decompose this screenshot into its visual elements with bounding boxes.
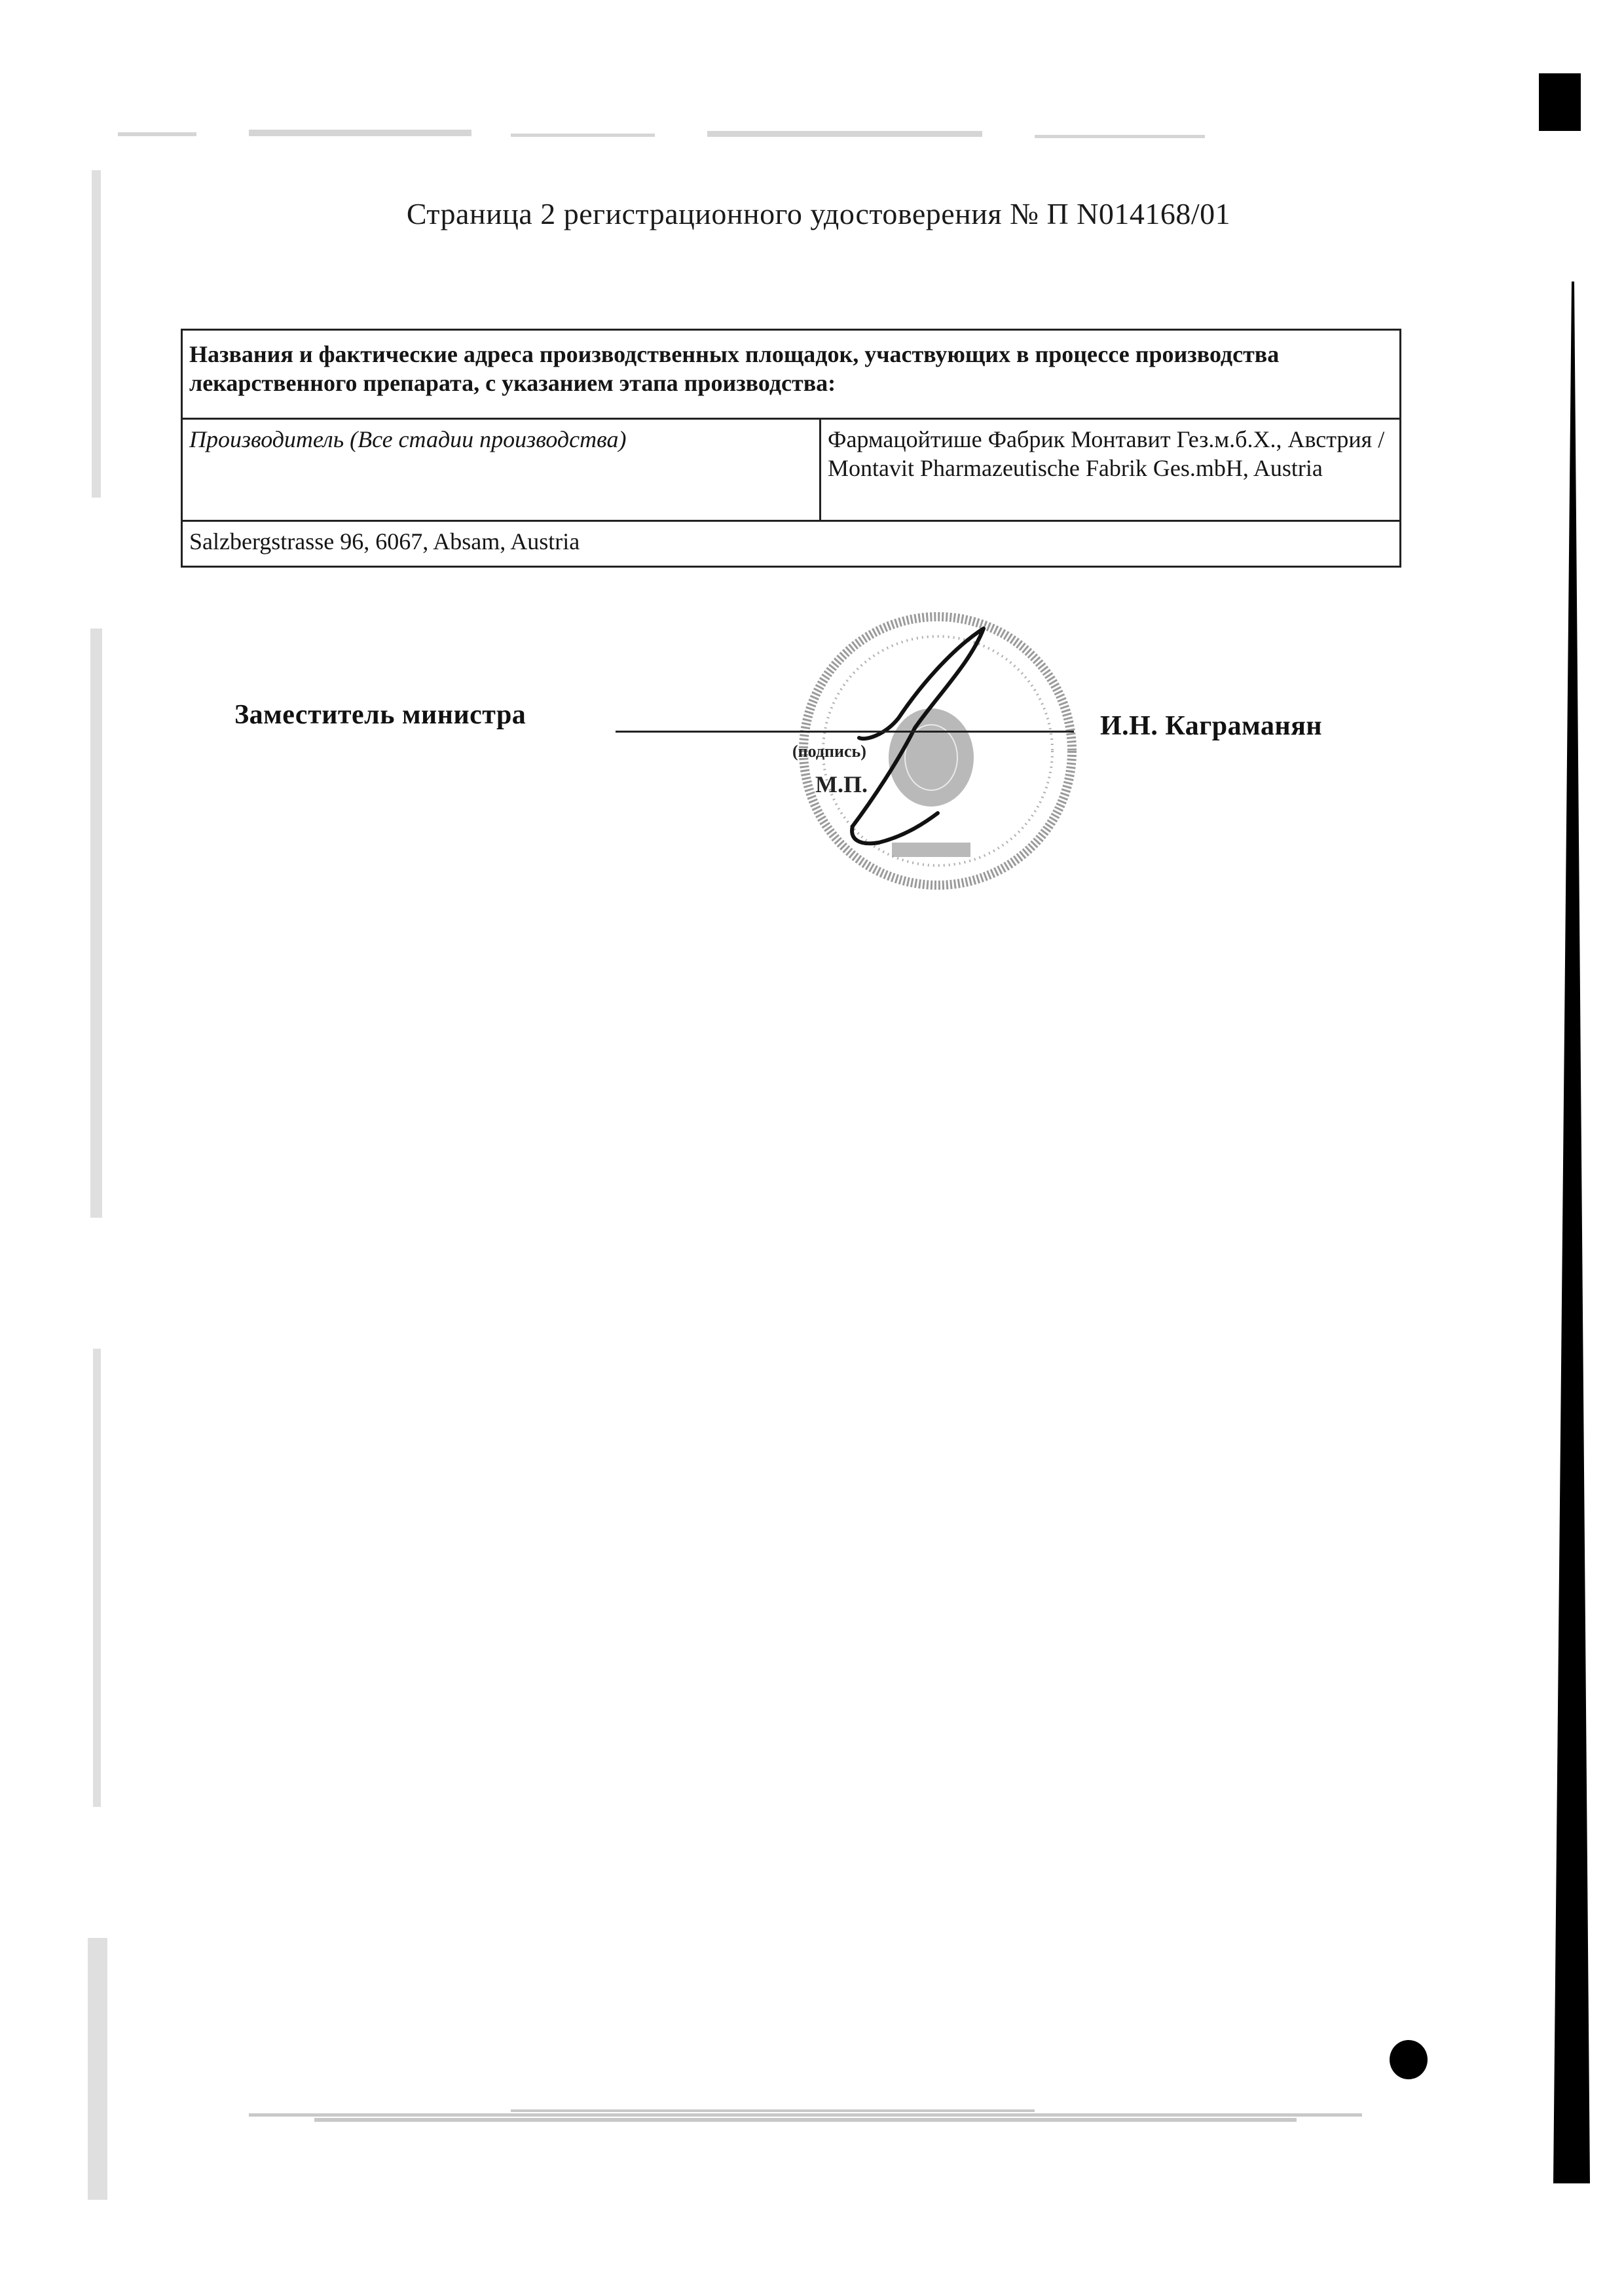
scan-edge-bar [1552,282,1591,2183]
table-header-row: Названия и фактические адреса производст… [182,330,1401,419]
signatory-position: Заместитель министра [234,699,526,731]
production-sites-table: Названия и фактические адреса производст… [181,329,1401,568]
scan-noise-top [118,123,1297,149]
signature-caption: (подпись) [792,742,866,761]
seal-label: М.П. [815,771,868,798]
table-row: Salzbergstrasse 96, 6067, Absam, Austria [182,521,1401,567]
scan-noise-left [85,170,111,2232]
table-row: Производитель (Все стадии производства) … [182,419,1401,521]
signatory-name: И.Н. Каграманян [1100,710,1322,742]
table-header: Названия и фактические адреса производст… [182,330,1401,419]
manufacturer-address: Salzbergstrasse 96, 6067, Absam, Austria [182,521,1401,567]
manufacturer-role: Производитель (Все стадии производства) [182,419,821,521]
scan-registration-mark [1539,73,1581,131]
signature-line [616,731,1074,733]
manufacturer-name: Фармацойтише Фабрик Монтавит Гез.м.б.Х.,… [821,419,1401,521]
scan-dot-mark [1390,2040,1428,2079]
scan-noise-bottom [249,2108,1362,2128]
page-heading: Страница 2 регистрационного удостоверени… [0,196,1624,231]
